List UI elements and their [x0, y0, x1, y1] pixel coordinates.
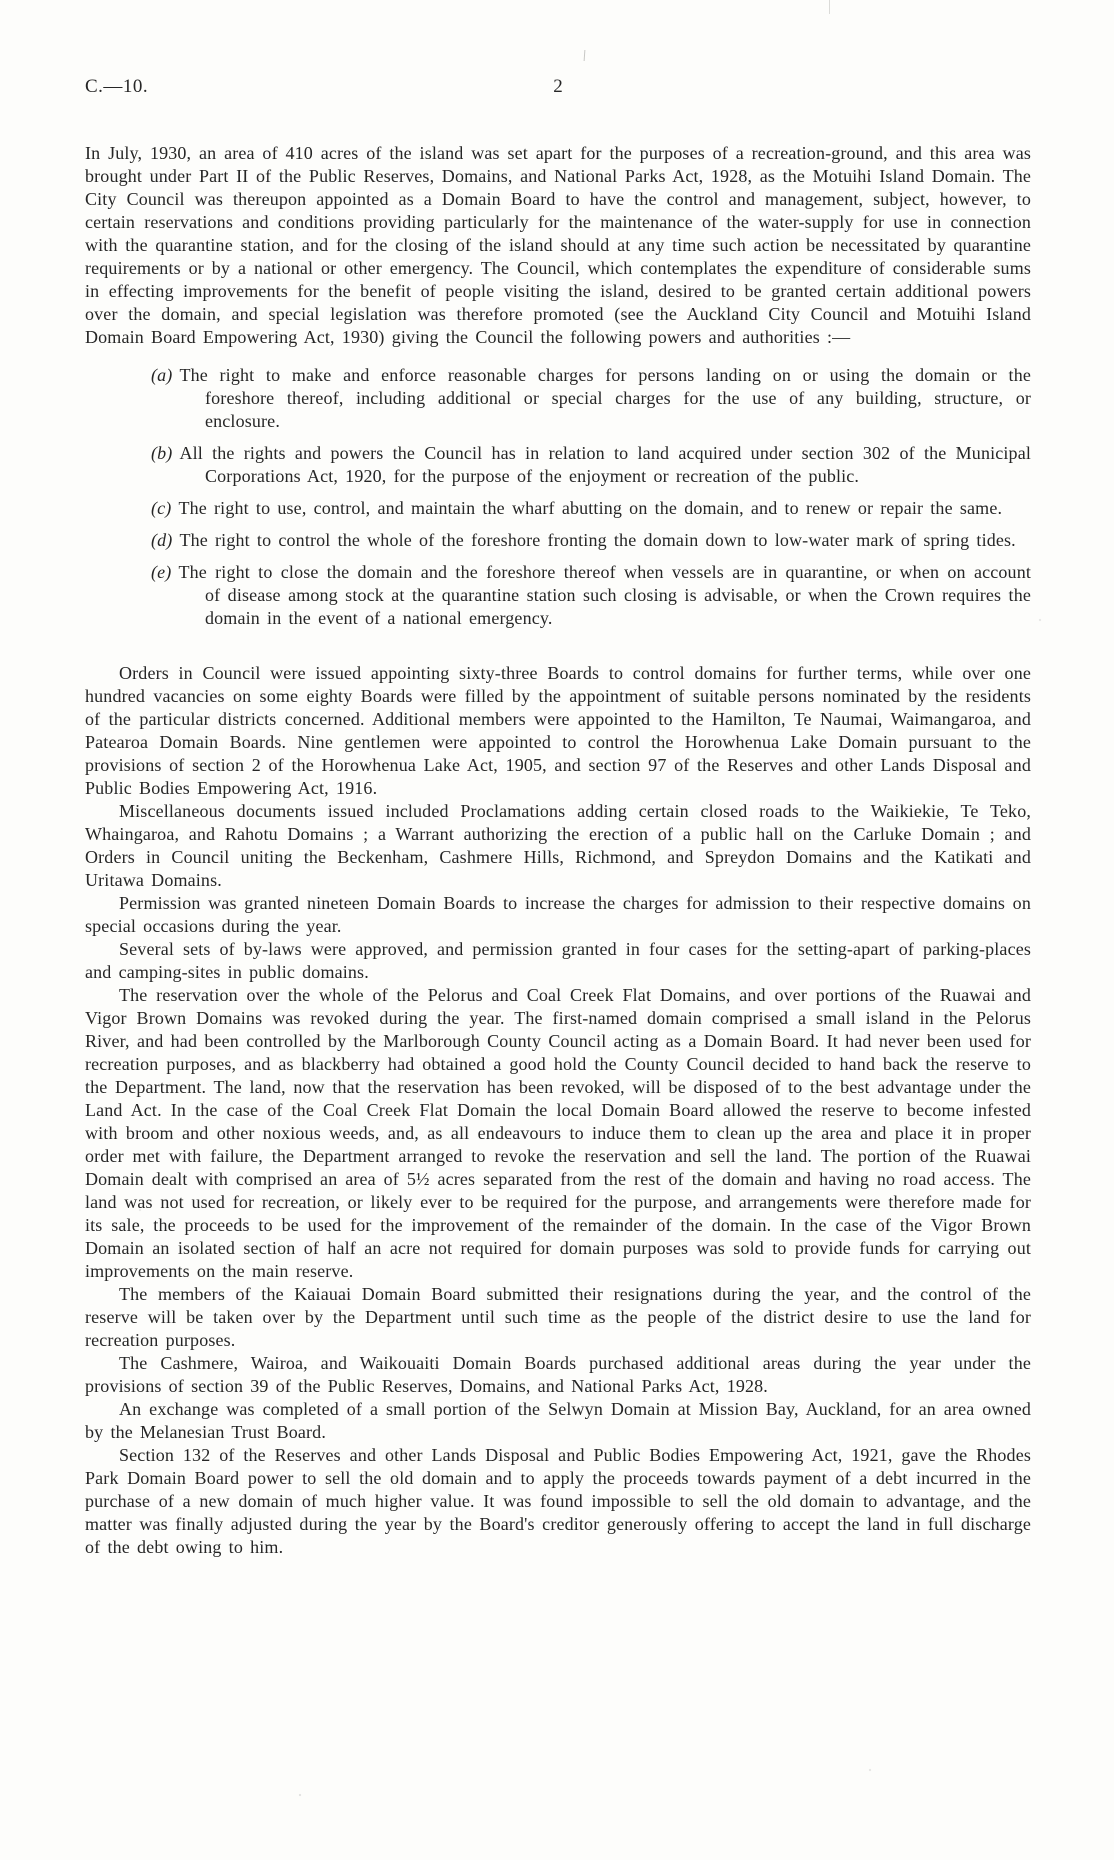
- page-header: C.—10. 2: [85, 76, 1031, 102]
- powers-list: (a)The right to make and enforce reasona…: [85, 364, 1031, 630]
- body-paragraph: Several sets of by-laws were approved, a…: [85, 938, 1031, 984]
- list-item: (c)The right to use, control, and mainta…: [85, 497, 1031, 520]
- body-paragraph: An exchange was completed of a small por…: [85, 1398, 1031, 1444]
- list-item-label: (d): [151, 530, 172, 550]
- body-paragraph: Miscellaneous documents issued included …: [85, 800, 1031, 892]
- scan-artifact: [584, 50, 586, 61]
- list-item-text: The right to control the whole of the fo…: [179, 530, 1015, 550]
- list-item: (d)The right to control the whole of the…: [85, 529, 1031, 552]
- list-item: (b)All the rights and powers the Council…: [85, 442, 1031, 488]
- list-item-label: (c): [151, 498, 171, 518]
- list-item-text: All the rights and powers the Council ha…: [179, 443, 1031, 486]
- document-page: C.—10. 2 In July, 1930, an area of 410 a…: [0, 0, 1114, 1860]
- list-item: (e)The right to close the domain and the…: [85, 561, 1031, 630]
- page-content: C.—10. 2 In July, 1930, an area of 410 a…: [85, 76, 1031, 1559]
- body-paragraph: The members of the Kaiauai Domain Board …: [85, 1283, 1031, 1352]
- body-paragraph: Permission was granted nineteen Domain B…: [85, 892, 1031, 938]
- list-item: (a)The right to make and enforce reasona…: [85, 364, 1031, 433]
- list-item-text: The right to use, control, and maintain …: [178, 498, 1002, 518]
- page-number: 2: [85, 76, 1031, 98]
- list-item-label: (a): [151, 365, 172, 385]
- body-paragraph: The reservation over the whole of the Pe…: [85, 984, 1031, 1283]
- list-item-label: (b): [151, 443, 172, 463]
- body-paragraph: Orders in Council were issued appointing…: [85, 662, 1031, 800]
- body-paragraph: The Cashmere, Wairoa, and Waikouaiti Dom…: [85, 1352, 1031, 1398]
- list-item-text: The right to close the domain and the fo…: [178, 562, 1031, 628]
- list-item-label: (e): [151, 562, 171, 582]
- body-paragraph: Section 132 of the Reserves and other La…: [85, 1444, 1031, 1559]
- scan-artifact: [829, 0, 830, 14]
- list-item-text: The right to make and enforce reasonable…: [179, 365, 1031, 431]
- opening-paragraph: In July, 1930, an area of 410 acres of t…: [85, 142, 1031, 349]
